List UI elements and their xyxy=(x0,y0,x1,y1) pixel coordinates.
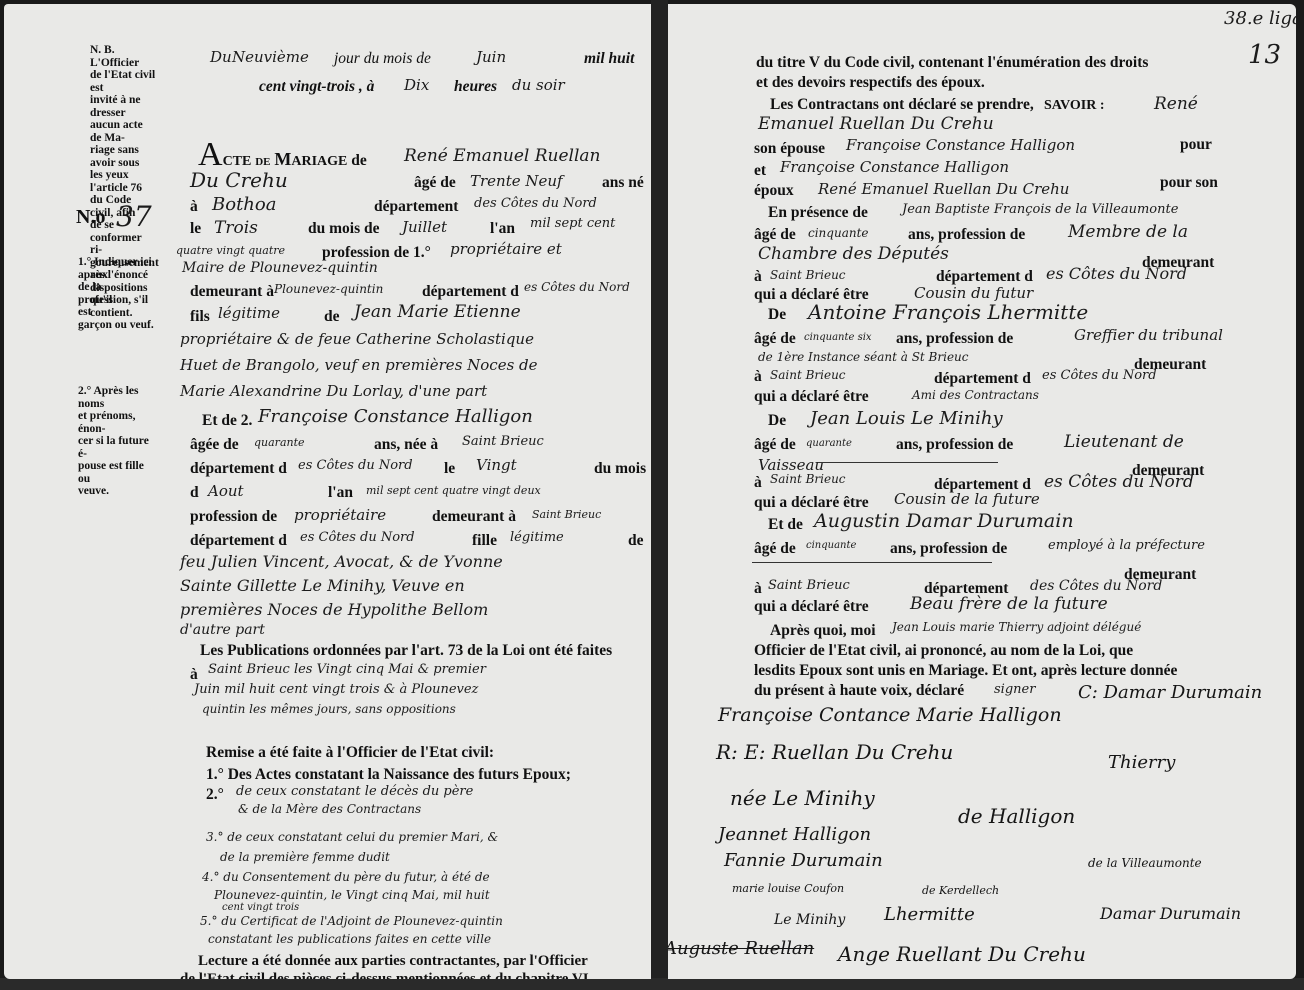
witness-2-name: Antoine François Lhermitte xyxy=(808,300,1088,324)
declare-printed: Les Contractans ont déclaré se prendre, xyxy=(770,96,1034,114)
bride-month-prefix: d xyxy=(190,484,199,502)
margin-note-1: 1.° Indiquer ici après l'énoncé de la pr… xyxy=(78,256,156,331)
epoux-name: René Emanuel Ruellan Du Crehu xyxy=(818,180,1069,198)
bride-parents-3: premières Noces de Hypolithe Bellom xyxy=(180,600,488,619)
groom-parents-2: propriétaire & de feue Catherine Scholas… xyxy=(180,330,534,348)
documents-item-3-line-2: de la première femme dudit xyxy=(220,850,390,864)
signature: Ange Ruellant Du Crehu xyxy=(838,942,1086,966)
bride-residence-dept: es Côtes du Nord xyxy=(300,530,415,545)
groom-age-label: âgé de xyxy=(414,174,456,192)
witness-1-age: cinquante xyxy=(808,226,869,240)
groom-dept: des Côtes du Nord xyxy=(474,196,597,211)
witness-4-name: Augustin Damar Durumain xyxy=(814,510,1074,532)
witness-4-relation: Beau frère de la future xyxy=(910,594,1108,614)
witness-4-relation-label: qui a déclaré être xyxy=(754,598,869,616)
witness-2-age: cinquante six xyxy=(804,332,872,343)
signature: Thierry xyxy=(1108,752,1175,773)
header-time-of-day: du soir xyxy=(512,76,565,94)
bride-residence-label: demeurant à xyxy=(432,508,516,526)
signature: Le Minihy xyxy=(774,912,845,928)
header-day: Neuvième xyxy=(232,48,309,66)
groom-parents-3: Huet de Brangolo, veuf en premières Noce… xyxy=(180,356,538,374)
header-month: Juin xyxy=(476,48,506,66)
witness-3-relation: Cousin de la future xyxy=(894,490,1040,508)
page-bottom-edge xyxy=(0,978,1304,990)
bride-profession: propriétaire xyxy=(294,506,386,524)
et-label: et xyxy=(754,162,766,180)
groom-born-at-label: à xyxy=(190,198,198,216)
closing-line-3: lesdits Epoux sont unis en Mariage. Et o… xyxy=(754,662,1177,680)
witness-2-residence: Saint Brieuc xyxy=(770,368,846,382)
continuation-line-1: du titre V du Code civil, contenant l'én… xyxy=(756,54,1148,72)
groom-year-label: l'an xyxy=(490,220,515,238)
documents-item-1: 1.° Des Actes constatant la Naissance de… xyxy=(206,766,571,784)
bride-born-label: ans, née à xyxy=(374,436,438,454)
witness-4-age: cinquante xyxy=(806,540,856,551)
header-du: Du xyxy=(210,48,232,66)
witness-1-residence: Saint Brieuc xyxy=(770,268,846,282)
bride-name: Françoise Constance Halligon xyxy=(258,406,533,427)
groom-month-label: du mois de xyxy=(308,220,380,238)
witness-4-age-label: âgé de xyxy=(754,540,796,558)
bride-repeat: Françoise Constance Halligon xyxy=(780,158,1009,176)
header-printed-3: cent vingt-trois , à xyxy=(259,78,374,96)
witness-1-dept: es Côtes du Nord xyxy=(1046,264,1187,283)
groom-name-1: René Emanuel Ruellan xyxy=(404,146,601,166)
witness-3-residence: Saint Brieuc xyxy=(770,472,846,486)
groom-profession-2: Maire de Plounevez-quintin xyxy=(182,260,378,276)
signature: marie louise Coufon xyxy=(732,882,844,895)
witness-2-dept: es Côtes du Nord xyxy=(1042,368,1157,383)
header-printed-1: jour du mois de xyxy=(334,50,431,68)
son-label: fils xyxy=(190,308,210,326)
signature: R: E: Ruellan Du Crehu xyxy=(716,740,953,764)
groom-date-label: le xyxy=(190,220,201,238)
signature: de Kerdellech xyxy=(922,884,999,897)
bride-year-label: l'an xyxy=(328,484,353,502)
bride-parents-2: Sainte Gillette Le Minihy, Veuve en xyxy=(180,576,465,595)
closing-printed-4: du présent à haute voix, déclaré xyxy=(754,682,964,700)
header-hour: Dix xyxy=(404,76,429,94)
witness-2-relation: Ami des Contractans xyxy=(912,388,1039,402)
bride-dept: es Côtes du Nord xyxy=(298,458,413,473)
groom-name-2: Du Crehu xyxy=(190,168,288,192)
signature: Damar Durumain xyxy=(1100,904,1241,923)
closing-officer: Jean Louis marie Thierry adjoint délégué xyxy=(892,620,1141,634)
witness-3-dept: es Côtes du Nord xyxy=(1044,472,1194,492)
bride-date-label: le xyxy=(444,460,455,478)
bride-parents-1: feu Julien Vincent, Avocat, & de Yvonne xyxy=(180,552,503,571)
witness-4-dept: des Côtes du Nord xyxy=(1030,578,1162,594)
bride-year: mil sept cent quatre vingt deux xyxy=(366,484,541,497)
epoux-label: époux xyxy=(754,182,794,200)
signature: Françoise Contance Marie Halligon xyxy=(718,704,1062,726)
documents-item-3-line-1: 3.° de ceux constatant celui du premier … xyxy=(206,830,498,844)
documents-item-4-line-3: cent vingt trois xyxy=(222,902,299,913)
documents-intro: Remise a été faite à l'Officier de l'Eta… xyxy=(206,744,494,762)
reading-line-2: de l'Etat civil des pièces ci-dessus men… xyxy=(180,970,589,979)
signature: Jeannet Halligon xyxy=(718,824,871,845)
signature: C: Damar Durumain xyxy=(1078,682,1262,703)
signature: née Le Minihy xyxy=(730,786,875,810)
bride-month-label: du mois xyxy=(594,460,646,478)
header-printed-2: mil huit xyxy=(584,50,634,68)
witness-2-profession-label: ans, profession de xyxy=(896,330,1013,348)
documents-item-4-line-1: 4.° du Consentement du père du futur, à … xyxy=(202,870,490,884)
witness-4-rule xyxy=(752,562,992,563)
groom-year-1: mil sept cent xyxy=(530,216,615,231)
corner-note: 38.e liga xyxy=(1224,8,1296,29)
margin-note-2: 2.° Après les noms et prénoms, énon- cer… xyxy=(78,385,156,498)
header-printed-4: heures xyxy=(454,78,497,96)
witness-2-profession-2: de 1ère Instance séant à St Brieuc xyxy=(758,350,969,364)
corner-mark: 13 xyxy=(1248,40,1281,70)
documents-item-2-line-2: & de la Mère des Contractans xyxy=(238,802,421,816)
bride-age-label: âgée de xyxy=(190,436,239,454)
groom-born-at: Bothoa xyxy=(212,194,276,215)
groom-ans-label: ans né xyxy=(602,174,644,192)
groom-parents-4: Marie Alexandrine Du Lorlay, d'une part xyxy=(180,382,487,400)
declare-savoir: SAVOIR : xyxy=(1044,97,1105,115)
declare-groom-1: René xyxy=(1154,94,1198,114)
groom-father: Jean Marie Etienne xyxy=(354,302,521,322)
act-number-label: N.o xyxy=(76,208,105,226)
groom-residence-dept-label: département d xyxy=(422,283,519,301)
witness-2-at: à xyxy=(754,368,762,386)
witness-3-at: à xyxy=(754,474,762,492)
witness-1-name: Jean Baptiste François de la Villeaumont… xyxy=(902,202,1178,217)
signature: Auguste Ruellan xyxy=(668,938,814,959)
son-status: légitime xyxy=(218,304,280,322)
bride-intro: Et de 2. xyxy=(202,412,252,430)
documents-item-5-line-1: 5.° du Certificat de l'Adjoint de Ploune… xyxy=(200,914,503,928)
documents-item-5-line-2: constatant les publications faites en ce… xyxy=(208,932,491,946)
epouse-label: son épouse xyxy=(754,140,825,158)
groom-birth-month: Juillet xyxy=(402,218,447,236)
continuation-line-2: et des devoirs respectifs des époux. xyxy=(756,74,985,92)
witness-1-at: à xyxy=(754,268,762,286)
groom-year-2: quatre vingt quatre xyxy=(176,244,285,257)
declare-groom-2: Emanuel Ruellan Du Crehu xyxy=(758,114,994,134)
witness-2-relation-label: qui a déclaré être xyxy=(754,388,869,406)
signature: de Halligon xyxy=(958,804,1075,828)
act-number: 37 xyxy=(116,200,152,233)
groom-of-label: de xyxy=(324,308,340,326)
closing-printed-1: Après quoi, moi xyxy=(770,622,876,640)
publications-line-3: quintin les mêmes jours, sans opposition… xyxy=(202,702,456,716)
witness-2-age-label: âgé de xyxy=(754,330,796,348)
publications-line-2: Juin mil huit cent vingt trois & à Ploun… xyxy=(194,682,478,697)
book-gutter xyxy=(651,0,668,990)
closing-signer: signer xyxy=(994,682,1035,697)
signature: de la Villeaumonte xyxy=(1088,856,1202,870)
witness-1-profession-1: Membre de la xyxy=(1068,222,1188,242)
witness-2-dept-label: département d xyxy=(934,370,1031,388)
witness-4-intro: Et de xyxy=(768,516,803,534)
witness-3-profession-label: ans, profession de xyxy=(896,436,1013,454)
bride-birth-day: Vingt xyxy=(476,456,517,474)
pour-son: pour son xyxy=(1160,174,1218,192)
epouse-name: Françoise Constance Halligon xyxy=(846,136,1075,154)
witness-3-rule xyxy=(818,462,998,463)
signature: Lhermitte xyxy=(884,904,975,925)
witness-3-intro: De xyxy=(768,412,786,430)
bride-dept-label: département d xyxy=(190,460,287,478)
closing-line-2: Officier de l'Etat civil, ai prononcé, a… xyxy=(754,642,1133,660)
bride-residence: Saint Brieuc xyxy=(532,508,601,521)
daughter-status: légitime xyxy=(510,530,564,545)
witness-4-at: à xyxy=(754,580,762,598)
documents-item-2-line-1: de ceux constatant le décès du père xyxy=(236,784,473,799)
daughter-label: fille xyxy=(472,532,497,550)
bride-age: quarante xyxy=(254,436,305,449)
right-page: 38.e liga 13 du titre V du Code civil, c… xyxy=(668,4,1296,979)
groom-residence-label: demeurant à xyxy=(190,283,274,301)
publications-line-1: Saint Brieuc les Vingt cinq Mai & premie… xyxy=(208,662,486,677)
signature: Fannie Durumain xyxy=(724,850,883,871)
witness-4-profession-label: ans, profession de xyxy=(890,540,1007,558)
witness-2-profession-1: Greffier du tribunal xyxy=(1074,326,1223,344)
bride-born-at: Saint Brieuc xyxy=(462,434,544,449)
witness-3-name: Jean Louis Le Minihy xyxy=(810,408,1003,429)
left-page: N. B. L'Officier de l'Etat civil est inv… xyxy=(4,4,651,979)
pour-1: pour xyxy=(1180,136,1212,154)
witness-3-age-label: âgé de xyxy=(754,436,796,454)
witness-1-profession-label: ans, profession de xyxy=(908,226,1025,244)
witness-3-age: quarante xyxy=(806,438,852,449)
witness-4-profession-1: employé à la préfecture xyxy=(1048,538,1205,553)
bride-birth-month: Aout xyxy=(208,482,244,500)
witness-2-intro: De xyxy=(768,306,786,324)
bride-parents-4: d'autre part xyxy=(180,622,265,638)
groom-dept-label: département xyxy=(374,198,458,216)
witness-4-residence: Saint Brieuc xyxy=(768,578,850,593)
groom-birth-day: Trois xyxy=(214,218,258,238)
groom-residence: Plounevez-quintin xyxy=(274,282,383,296)
publications-printed: Les Publications ordonnées par l'art. 73… xyxy=(200,642,612,660)
bride-residence-dept-label: département d xyxy=(190,532,287,550)
witness-1-intro: En présence de xyxy=(768,204,868,222)
reading-line-1: Lecture a été donnée aux parties contrac… xyxy=(198,952,588,970)
groom-residence-dept: es Côtes du Nord xyxy=(524,280,630,294)
bride-profession-label: profession de xyxy=(190,508,277,526)
witness-1-age-label: âgé de xyxy=(754,226,796,244)
groom-age: Trente Neuf xyxy=(470,172,563,190)
witness-1-profession-2: Chambre des Députés xyxy=(758,244,949,264)
bride-of-label: de xyxy=(628,532,644,550)
witness-3-profession-1: Lieutenant de xyxy=(1064,432,1184,452)
documents-item-4-line-2: Plounevez-quintin, le Vingt cinq Mai, mi… xyxy=(214,888,490,902)
groom-profession-1: propriétaire et xyxy=(450,240,562,258)
documents-item-2-label: 2.° xyxy=(206,786,224,804)
